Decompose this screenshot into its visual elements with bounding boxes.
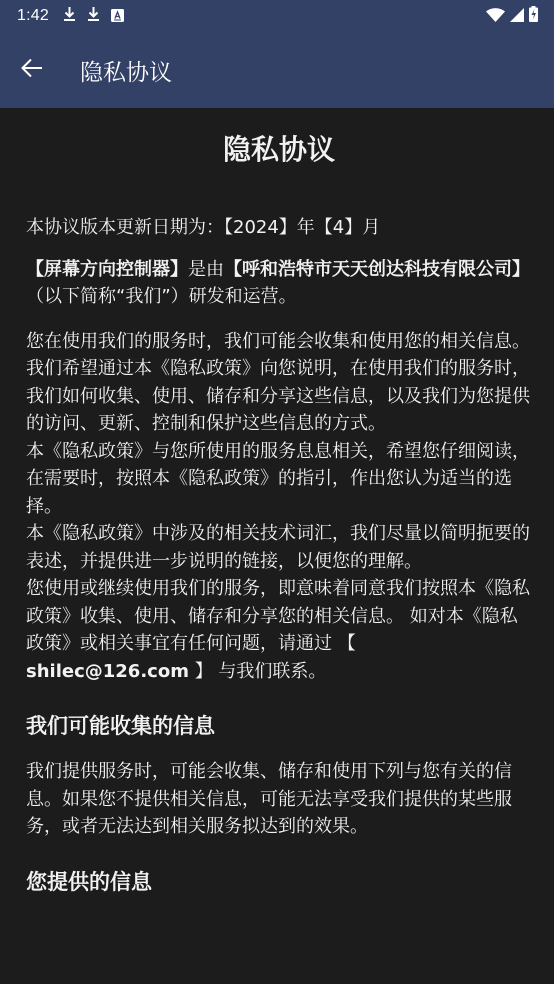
keyboard-a-icon: [111, 7, 124, 26]
intro-rest: （以下简称“我们”）研发和运营。: [26, 286, 297, 307]
update-date: 本协议版本更新日期为：【2024】年【4】月: [26, 214, 532, 242]
section-heading: 我们可能收集的信息: [26, 711, 532, 741]
contact-text: 您使用或继续使用我们的服务，即意味着同意我们按照本《隐私政策》收集、使用、储存和…: [26, 578, 530, 654]
paragraph: 本《隐私政策》中涉及的相关技术词汇，我们尽量以简明扼要的表述，并提供进一步说明的…: [26, 520, 532, 575]
intro-by: 是由: [188, 259, 224, 280]
paragraph: 您在使用我们的服务时，我们可能会收集和使用您的相关信息。: [26, 328, 532, 356]
app-bar-title: 隐私协议: [80, 54, 172, 87]
status-bar: 1:42: [0, 0, 554, 32]
arrow-left-icon: [21, 57, 43, 83]
app-name: 【屏幕方向控制器】: [26, 259, 188, 280]
paragraph: 您使用或继续使用我们的服务，即意味着同意我们按照本《隐私政策》收集、使用、储存和…: [26, 575, 532, 685]
status-time: 1:42: [17, 7, 49, 25]
app-bar: 隐私协议: [0, 32, 554, 108]
battery-charging-icon: [529, 6, 538, 26]
paragraph: 本《隐私政策》与您所使用的服务息息相关，希望您仔细阅读，在需要时，按照本《隐私政…: [26, 438, 532, 521]
contact-email[interactable]: shilec@126.com: [26, 661, 189, 682]
signal-icon: [510, 7, 524, 26]
section-body: 我们提供服务时，可能会收集、储存和使用下列与您有关的信息。如果您不提供相关信息，…: [26, 758, 532, 841]
subsection-heading: 您提供的信息: [26, 867, 532, 897]
back-button[interactable]: [0, 32, 64, 108]
download-icon: [63, 6, 76, 26]
wifi-icon: [486, 7, 505, 26]
contact-suffix: 】 与我们联系。: [195, 661, 327, 682]
paragraph: 我们希望通过本《隐私政策》向您说明，在使用我们的服务时，我们如何收集、使用、储存…: [26, 355, 532, 438]
policy-paragraphs: 您在使用我们的服务时，我们可能会收集和使用您的相关信息。 我们希望通过本《隐私政…: [26, 328, 532, 686]
document-title: 隐私协议: [26, 130, 532, 170]
document-content[interactable]: 隐私协议 本协议版本更新日期为：【2024】年【4】月 【屏幕方向控制器】是由【…: [0, 108, 554, 897]
company-name: 【呼和浩特市天天创达科技有限公司】: [224, 259, 530, 280]
intro-paragraph: 【屏幕方向控制器】是由【呼和浩特市天天创达科技有限公司】（以下简称“我们”）研发…: [26, 256, 532, 311]
download-icon: [87, 6, 100, 26]
